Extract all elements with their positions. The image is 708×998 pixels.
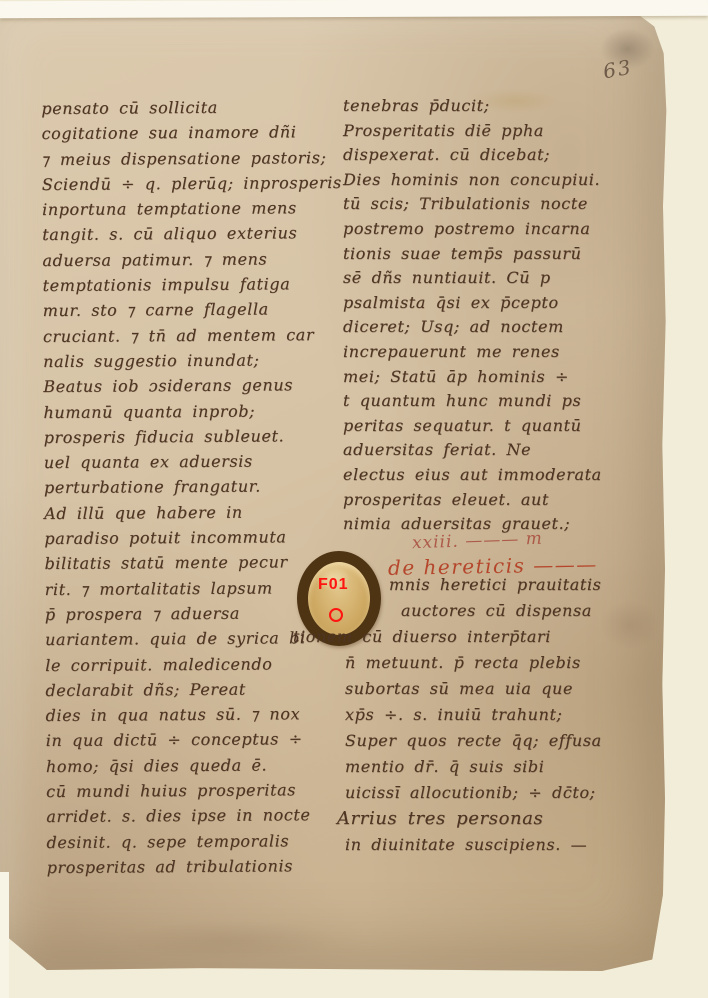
text-line: mnis heretici prauitatis — [293, 572, 688, 598]
text-line: Dies hominis non concupiui. — [343, 168, 673, 193]
text-line: xp̄s ÷. s. inuiū trahunt; — [293, 702, 688, 728]
folio-number: 63 — [601, 55, 634, 84]
right-text-column-lower: mnis heretici prauitatisauctores cū disp… — [293, 572, 688, 858]
annotation-target-marker[interactable] — [329, 608, 343, 622]
text-line: cogitatione sua inamore dñi — [41, 119, 341, 146]
text-line: uel quanta ex aduersis — [44, 448, 344, 475]
text-line: sē dñs nuntiauit. Cū p — [343, 266, 673, 291]
text-line: Beatus iob ɔsiderans genus — [43, 372, 343, 399]
text-line: diceret; Usq; ad noctem — [343, 315, 673, 340]
text-line: prosperitas eleuet. aut — [343, 488, 673, 513]
text-line: uicissī allocutionib; ÷ dc̄to; — [293, 780, 688, 806]
text-line: peritas sequatur. t quantū — [343, 414, 673, 439]
text-line: tionem cū diuerso interp̄tari — [293, 624, 688, 650]
text-line: psalmista q̄si ex p̄cepto — [343, 291, 673, 316]
text-line: aduersa patimur. ⁊ mens — [42, 246, 342, 273]
text-line: auctores cū dispensa — [293, 598, 688, 624]
annotation-label-F01[interactable]: F01 — [318, 576, 349, 594]
text-line: Prosperitatis diē ppha — [343, 119, 673, 144]
text-line: mei; Statū āp hominis ÷ — [343, 365, 673, 390]
text-line: aduersitas feriat. Ne — [343, 438, 673, 463]
text-line: tangit. s. cū aliquo exterius — [42, 220, 342, 247]
text-line: tionis suae temp̄s passurū — [343, 242, 673, 267]
text-line: dispexerat. cū dicebat; — [343, 143, 673, 168]
text-line: postremo postremo incarna — [343, 217, 673, 242]
text-line: increpauerunt me renes — [343, 340, 673, 365]
text-line: tenebras p̄ducit; — [343, 94, 673, 119]
text-line: prosperis fiducia subleuet. — [44, 423, 344, 450]
album-page-edge — [0, 872, 9, 998]
text-line: mur. sto ⁊ carne flagella — [43, 296, 343, 323]
text-line: Sciendū ÷ q. plerūq; inprosperis — [42, 170, 342, 197]
manuscript-photo: 63 pensato cū sollicitacogitatione sua i… — [0, 0, 708, 998]
text-line: ⁊ meius dispensatione pastoris; — [42, 145, 342, 172]
text-line: in diuinitate suscipiens. — — [293, 832, 688, 858]
text-line: tū scis; Tribulationis nocte — [343, 192, 673, 217]
text-line: subortas sū mea uia que — [293, 676, 688, 702]
text-line: inportuna temptatione mens — [42, 195, 342, 222]
text-line: perturbatione frangatur. — [44, 473, 344, 500]
text-line: nalis suggestio inundat; — [43, 347, 343, 374]
text-line: humanū quanta inprob; — [43, 398, 343, 425]
text-line: paradiso potuit incommuta — [44, 524, 344, 551]
text-line: electus eius aut immoderata — [343, 463, 673, 488]
text-line: cruciant. ⁊ tn̄ ad mentem car — [43, 322, 343, 349]
adjacent-page-edge — [0, 0, 708, 18]
text-line: Super quos recte q̄q; effusa — [293, 728, 688, 754]
text-line: n̄ metuunt. p̄ recta plebis — [293, 650, 688, 676]
text-line: Ad illū que habere in — [44, 499, 344, 526]
text-line: temptationis impulsu fatiga — [43, 271, 343, 298]
text-line: mentio dr̄. q̄ suis sibi — [293, 754, 688, 780]
text-line: pensato cū sollicita — [41, 94, 341, 121]
text-line: Arrius tres personas — [293, 806, 688, 832]
right-text-column-upper: tenebras p̄ducit;Prosperitatis diē pphad… — [343, 94, 673, 537]
text-line: t quantum hunc mundi ps — [343, 389, 673, 414]
